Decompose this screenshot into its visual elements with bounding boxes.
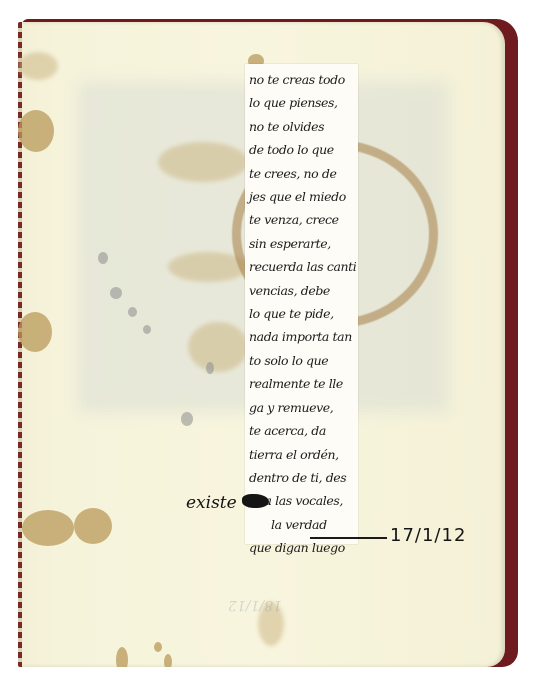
note-line: no te olvides bbox=[249, 115, 356, 138]
ink-splatter bbox=[98, 252, 108, 264]
date-label: 17/1/12 bbox=[390, 525, 466, 546]
coffee-stain bbox=[188, 322, 248, 372]
crossed-out-word bbox=[242, 494, 269, 508]
signature-line bbox=[310, 537, 387, 539]
coffee-stain bbox=[18, 52, 58, 80]
note-line: vencias, debe bbox=[249, 279, 356, 302]
note-line: jes que el miedo bbox=[249, 185, 356, 208]
note-line: te acerca, da bbox=[249, 419, 356, 442]
ink-splatter bbox=[128, 307, 137, 317]
coffee-stain bbox=[154, 642, 162, 652]
coffee-stain bbox=[18, 312, 52, 352]
margin-word: existe bbox=[186, 493, 237, 513]
note-line: dentro de ti, des bbox=[249, 466, 356, 489]
coffee-stain bbox=[116, 647, 128, 667]
coffee-stain bbox=[74, 508, 112, 544]
note-line: lo que te pide, bbox=[249, 302, 356, 325]
note-line: que digan luego bbox=[249, 536, 356, 559]
coffee-stain bbox=[164, 654, 172, 667]
handwritten-note: no te creas todo lo que pienses, no te o… bbox=[245, 64, 358, 544]
coffee-stain bbox=[158, 142, 248, 182]
ink-splatter bbox=[110, 287, 122, 299]
note-text: no te creas todo lo que pienses, no te o… bbox=[249, 68, 356, 560]
note-line: de todo lo que bbox=[249, 138, 356, 161]
coffee-stain bbox=[22, 510, 74, 546]
ink-splatter bbox=[143, 325, 151, 334]
faded-text: 18/1/12 bbox=[228, 597, 282, 613]
note-line: sin esperarte, bbox=[249, 232, 356, 255]
coffee-stain bbox=[18, 110, 54, 152]
ink-splatter bbox=[206, 362, 214, 374]
note-line: nada importa tan bbox=[249, 325, 356, 348]
ink-splatter bbox=[181, 412, 193, 426]
note-line: te venza, crece bbox=[249, 208, 356, 231]
note-line: ga y remueve, bbox=[249, 396, 356, 419]
note-line: no te creas todo bbox=[249, 68, 356, 91]
note-line: recuerda las canti bbox=[249, 255, 356, 278]
note-line: la verdad bbox=[249, 513, 356, 536]
note-line: lo que pienses, bbox=[249, 91, 356, 114]
note-line: te crees, no de bbox=[249, 162, 356, 185]
note-line: tierra el ordén, bbox=[249, 443, 356, 466]
note-line: to solo lo que bbox=[249, 349, 356, 372]
note-line: realmente te lle bbox=[249, 372, 356, 395]
